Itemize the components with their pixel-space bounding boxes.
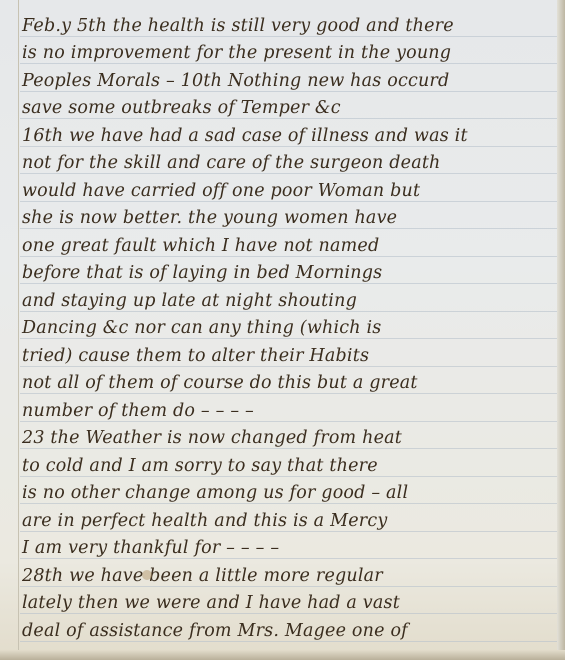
ink-stain [142,570,152,580]
ruled-line [20,118,560,119]
handwritten-line: number of them do – – – – [22,401,552,421]
ruled-line [20,283,560,284]
ruled-line [20,91,560,92]
ruled-line [20,173,560,174]
ruled-line [20,448,560,449]
handwritten-line: is no other change among us for good – a… [22,483,552,503]
handwritten-line: Peoples Morals – 10th Nothing new has oc… [22,71,552,91]
ruled-line [20,503,560,504]
handwritten-line: 23 the Weather is now changed from heat [22,428,552,448]
ruled-line [20,256,560,257]
handwritten-line: 28th we have been a little more regular [22,566,552,586]
ruled-line [20,338,560,339]
ruled-line [20,613,560,614]
ruled-line [20,393,560,394]
ruled-line [20,146,560,147]
handwritten-line: 16th we have had a sad case of illness a… [22,126,552,146]
handwritten-line: Feb.y 5th the health is still very good … [22,16,552,36]
margin-line [18,0,19,660]
handwritten-line: one great fault which I have not named [22,236,552,256]
ruled-line [20,586,560,587]
journal-page: Feb.y 5th the health is still very good … [0,0,565,660]
ruled-line [20,558,560,559]
ruled-line [20,228,560,229]
page-edge-bottom [0,650,565,660]
handwritten-line: before that is of laying in bed Mornings [22,263,552,283]
handwritten-line: I am very thankful for – – – – [22,538,552,558]
handwritten-line: would have carried off one poor Woman bu… [22,181,552,201]
handwritten-line: she is now better. the young women have [22,208,552,228]
handwritten-line: tried) cause them to alter their Habits [22,346,552,366]
handwritten-line: and staying up late at night shouting [22,291,552,311]
handwritten-line: save some outbreaks of Temper &c [22,98,552,118]
page-edge-right [557,0,565,660]
ruled-line [20,366,560,367]
ruled-line [20,201,560,202]
handwritten-line: is no improvement for the present in the… [22,43,552,63]
handwritten-line: not all of them of course do this but a … [22,373,552,393]
handwritten-line: are in perfect health and this is a Merc… [22,511,552,531]
ruled-line [20,421,560,422]
ruled-line [20,311,560,312]
ruled-line [20,641,560,642]
handwritten-line: not for the skill and care of the surgeo… [22,153,552,173]
handwritten-line: lately then we were and I have had a vas… [22,593,552,613]
handwritten-line: Dancing &c nor can any thing (which is [22,318,552,338]
ruled-line [20,531,560,532]
ruled-line [20,63,560,64]
handwritten-line: deal of assistance from Mrs. Magee one o… [22,621,552,641]
ruled-line [20,36,560,37]
handwritten-line: to cold and I am sorry to say that there [22,456,552,476]
ruled-line [20,476,560,477]
